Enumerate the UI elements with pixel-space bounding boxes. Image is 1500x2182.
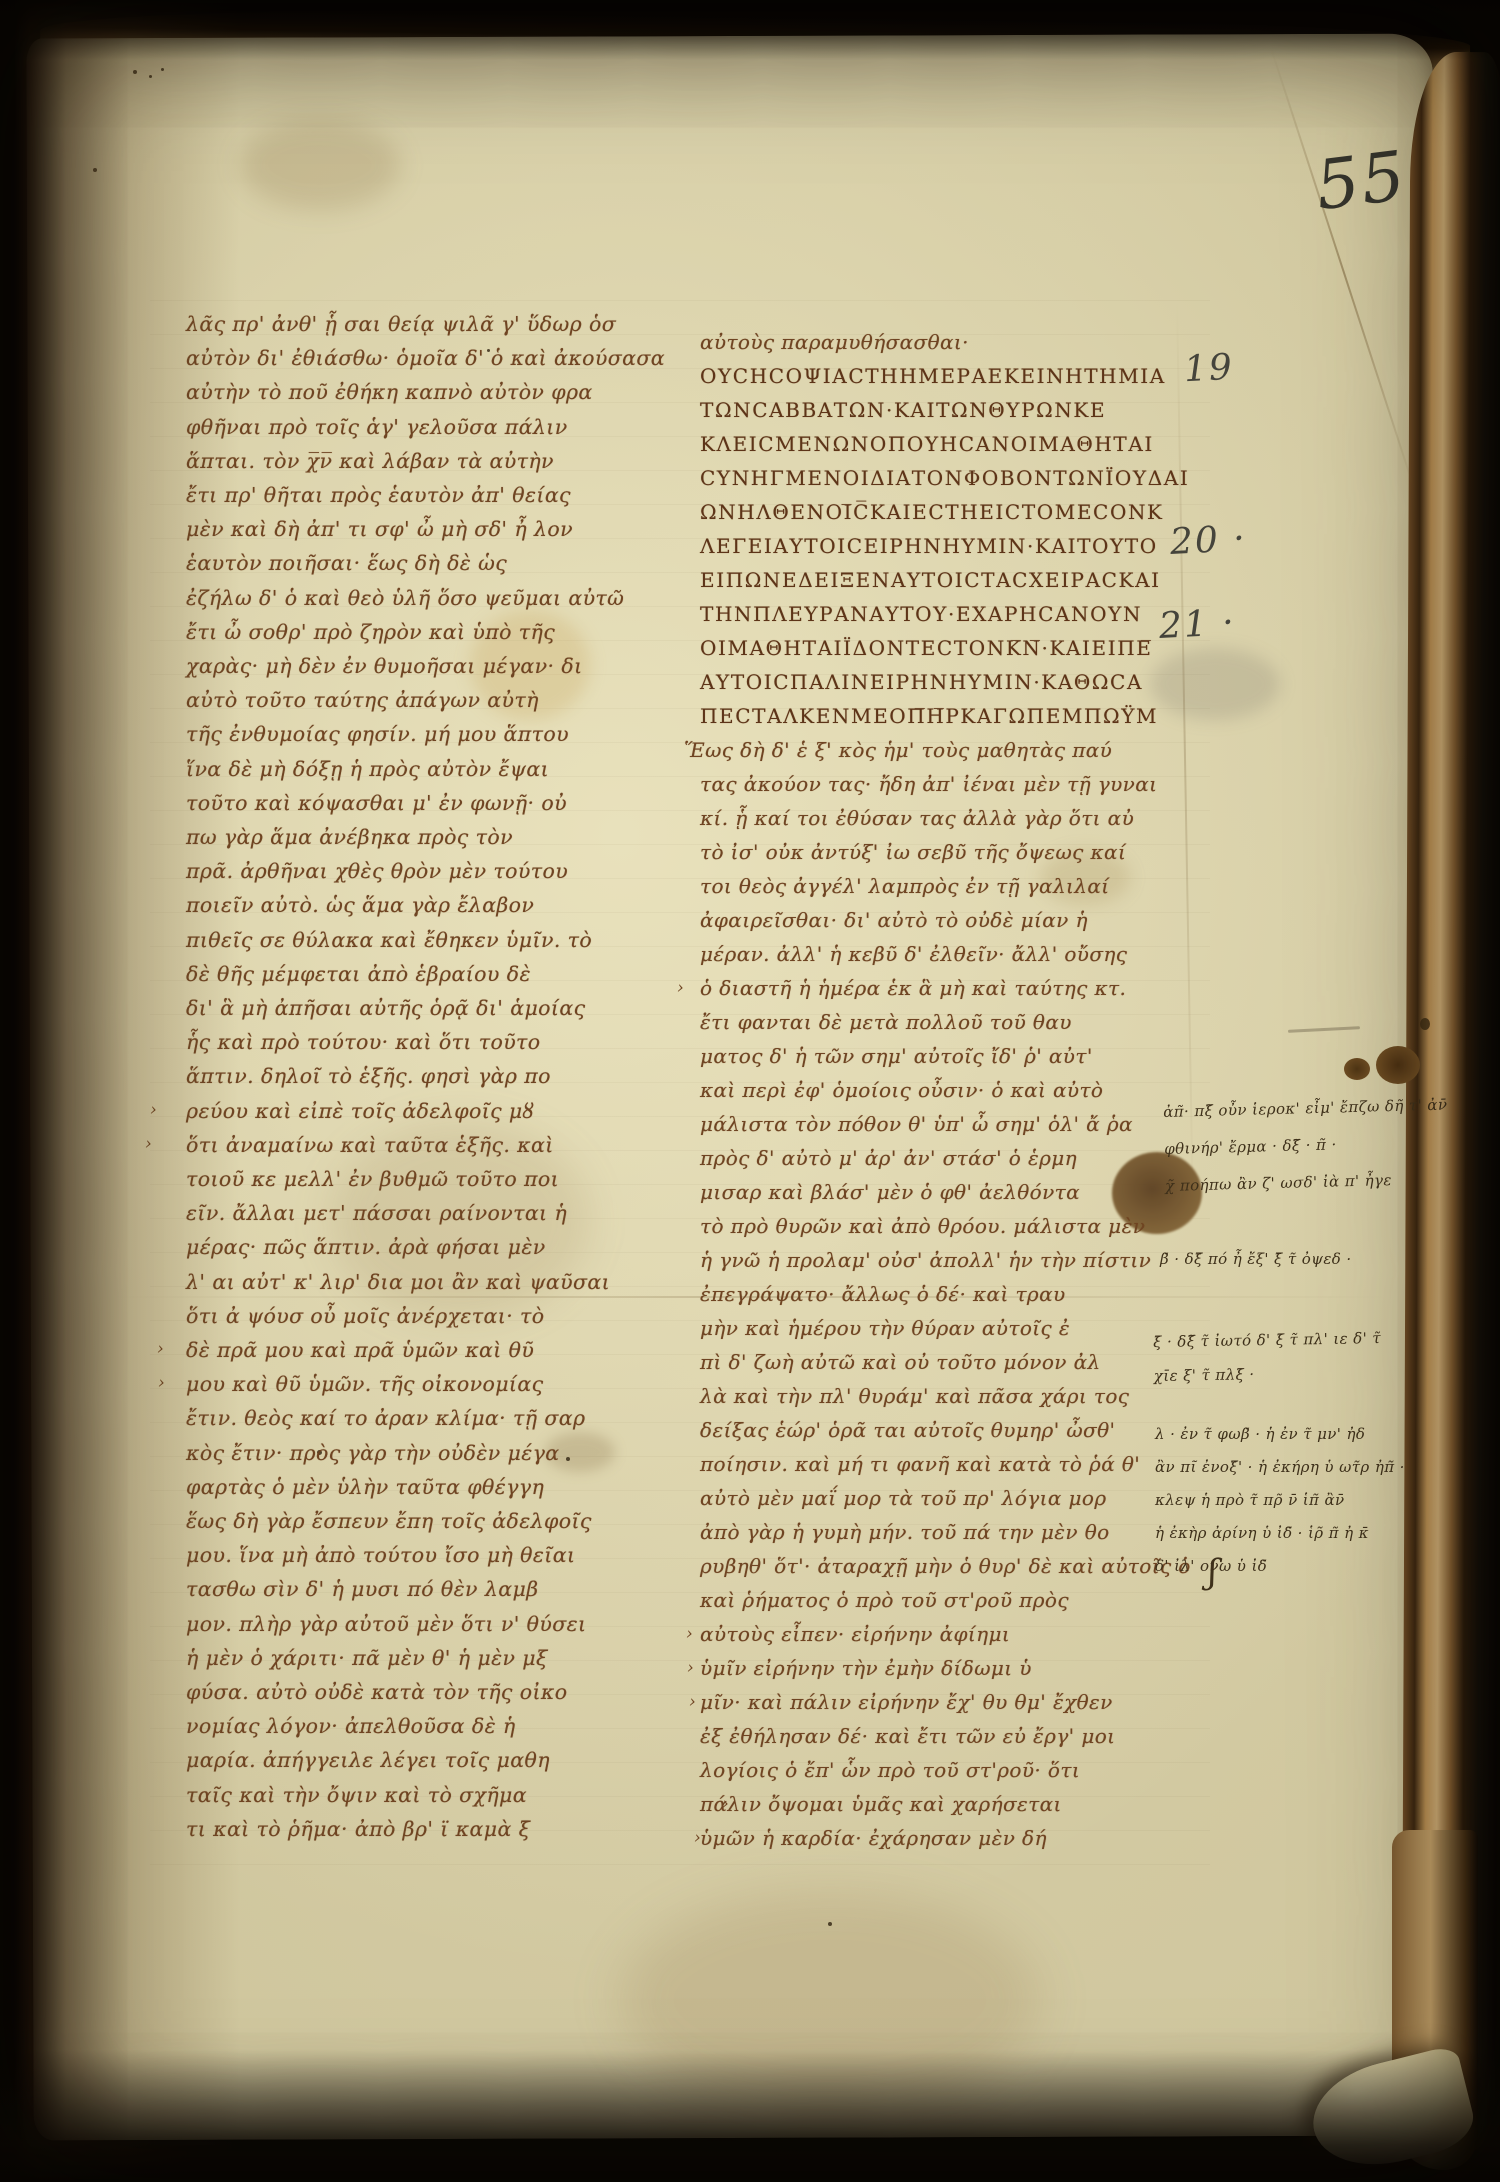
diple-mark: ›: [687, 1658, 694, 1678]
text-line: ἡ μὲν ὁ χάριτι· πᾶ μὲν θ' ἡ μὲν μξ: [186, 1646, 548, 1670]
text-line: ΟΙΜΑΘΗΤΑΙΪΔΟΝΤΕCΤΟΝΚ̅Ν̅·ΚΑΙΕΙΠΕ̅: [700, 636, 1152, 660]
text-line: ΩΝΗΛΘΕΝΟΙ̅C̅ΚΑΙΕCΤΗΕΙCΤΟΜΕCΟΝΚ: [700, 500, 1164, 524]
text-line: πὶ δ' ζωὴ αὐτῶ καὶ οὐ τοῦτο μόνον ἀλ: [700, 1350, 1101, 1374]
text-line: μον. πλὴρ γὰρ αὐτοῦ μὲν ὅτι ν' θύσει: [186, 1612, 587, 1636]
text-line: ἔτι πρ' θῆται πρὸς ἑαυτὸν ἀπ' θείας: [186, 483, 571, 507]
gutter-shadow: [0, 0, 240, 2182]
text-line: αὐτοὺς παραμυθήσασθαι·: [700, 330, 969, 354]
text-line: μὲν καὶ δὴ ἀπ' τι σφ' ὦ μὴ σδ' ἦ λον: [186, 517, 573, 541]
text-line: αὐτὸν δι' ἐθιάσθω· ὁμοῖα δ' ὁ καὶ ἀκούσα…: [186, 346, 665, 370]
text-line: ΤΗΝΠΛΕΥΡΑΝΑΥΤΟΥ·ΕΧΑΡΗCΑΝΟΥΝ: [700, 602, 1142, 626]
text-line: τοῦτο καὶ κόψασθαι μ' ἐν φωνῇ· οὐ: [186, 791, 567, 815]
top-shadow: [0, 0, 1500, 60]
text-line: λ' αι αὐτ' κ' λιρ' δια μοι ἂν καὶ ψαῦσαι: [186, 1270, 610, 1294]
text-line: ποίησιν. καὶ μή τι φανῆ καὶ κατὰ τὸ ῥά θ…: [700, 1452, 1140, 1476]
text-line: ὁ διαστῆ ἡ ἡμέρα ἑκ ἃ μὴ καὶ ταύτης κτ.: [700, 976, 1126, 1000]
text-line: μισαρ καὶ βλάσ' μὲν ὁ φθ' ἀελθόντα: [700, 1180, 1080, 1204]
text-line: φύσα. αὐτὸ οὐδὲ κατὰ τὸν τῆς οἰκο: [186, 1680, 568, 1704]
text-line: ΟΥCΗCΟΨΙΑCΤΗΗΜΕΡΑΕΚΕΙΝΗΤΗΜΙΑ: [700, 364, 1166, 388]
text-line: αὐτοὺς εἶπεν· εἰρήνην ἀφίημι: [700, 1622, 1010, 1646]
text-line: τας ἀκούον τας· ἤδη ἀπ' ἰέναι μὲν τῇ γυν…: [700, 772, 1157, 796]
manuscript-photo: 55 λᾶς πρ' ἀνθ' ᾗ σαι θείᾳ ψιλᾶ γ' ὕδωρ …: [0, 0, 1500, 2182]
diple-mark: ›: [677, 978, 684, 998]
text-line: φθῆναι πρὸ τοῖς ἁγ' γελοῦσα πάλιν: [186, 415, 568, 439]
text-line: ΠΕCΤΑΛΚΕΝΜΕΟΠ̅Η̅ΡΚΑΓΩΠΕΜΠΩΫΜ: [700, 704, 1158, 728]
text-line: τὸ ἰσ' οὐκ ἀντύξ' ἰω σεβῦ τῆς ὄψεως καί: [700, 840, 1126, 864]
text-line: ἐζήλω δ' ὁ καὶ θεὸ ὑλῆ ὅσο ψεῦμαι αὐτῶ: [186, 586, 624, 610]
text-line: μὴν καὶ ἡμέρου τὴν θύραν αὐτοῖς ἐ: [700, 1316, 1070, 1340]
text-line: πάλιν ὄψομαι ὑμᾶς καὶ χαρήσεται: [700, 1792, 1062, 1816]
text-line: χαρὰς· μὴ δὲν ἐν θυμοῆσαι μέγαν· δι: [186, 654, 583, 678]
note-line: ἡ ἐκὴρ ἀρίνη ὑ ἰδ̃ · ἱρ̃ π̃ ἠ κ̄: [1155, 1524, 1369, 1542]
ink-spot: [1376, 1046, 1420, 1084]
text-line: δι' ἃ μὴ ἀπῆσαι αὐτῆς ὁρᾷ δι' ἁμοίας: [186, 996, 586, 1020]
text-line: ὑμῶν ἡ καρδία· ἐχάρησαν μὲν δή: [700, 1826, 1047, 1850]
note-line: ἂν πῖ ἐνοξ̃' · ἡ ἐκήρη ὑ ωτ̃ρ ἠπ̃ ·: [1155, 1458, 1405, 1476]
note-line: β̃ · δξ̃ πό ἦ ἔξ' ξ̄ τ̃ ὀψεδ ·: [1160, 1250, 1352, 1268]
text-line: ἵνα δὲ μὴ δόξῃ ἡ πρὸς αὐτὸν ἔψαι: [186, 757, 549, 781]
text-line: μαρία. ἀπήγγειλε λέγει τοῖς μαθη: [186, 1748, 550, 1772]
text-line: αὐτὸ μὲν μαΐ μορ τὰ τοῦ πρ' λόγια μορ: [700, 1486, 1107, 1510]
text-line: ὅτι ἀναμαίνω καὶ ταῦτα ἑξῆς. καὶ: [186, 1133, 554, 1157]
text-line: ἐξ ἐθήλησαν δέ· καὶ ἔτι τῶν εὐ ἔργ' μοι: [700, 1724, 1115, 1748]
text-line: πρᾶ. ἀρθῆναι χθὲς θρὸν μὲν τούτου: [186, 859, 568, 883]
bottom-shadow: [0, 2050, 1500, 2182]
text-line: μου. ἵνα μὴ ἀπὸ τούτου ἴσο μὴ θεῖαι: [186, 1543, 575, 1567]
verse-number: 21 ·: [1158, 602, 1237, 647]
text-line: δείξας ἑώρ' ὁρᾶ ται αὐτοῖς θυμηρ' ὦσθ': [700, 1418, 1115, 1442]
text-line: μέραν. ἀλλ' ἡ κεβῦ δ' ἐλθεῖν· ἄλλ' οὔσης: [700, 942, 1127, 966]
text-line: ἐπεγράψατο· ἄλλως ὁ δέ· καὶ τραυ: [700, 1282, 1066, 1306]
note-line: χῑε ξ' τ̃ πλξ̄ ·: [1154, 1365, 1255, 1385]
folio-number: 55: [1312, 137, 1411, 226]
text-line: ἀπὸ γὰρ ἡ γυμὴ μήν. τοῦ πά την μὲν θο: [700, 1520, 1110, 1544]
ink-spot: [1344, 1058, 1370, 1080]
ink-fleck: [1420, 1018, 1430, 1030]
text-line: κί. ᾗ καί τοι ἐθύσαν τας ἀλλὰ γὰρ ὅτι αὐ: [700, 806, 1134, 830]
text-line: τοιοῦ κε μελλ' ἐν βυθμῶ τοῦτο ποι: [186, 1167, 559, 1191]
text-line: ἔτιν. θεὸς καί το ἀραν κλίμα· τῇ σαρ: [186, 1406, 585, 1430]
text-line: κὸς ἔτιν· πρὸς γὰρ τὴν οὐδὲν μέγα: [186, 1441, 560, 1465]
text-line: ΛΕΓΕΙΑΥΤΟΙCΕΙΡΗΝΗΥΜΙΝ·ΚΑΙΤΟΥΤΟ: [700, 534, 1158, 558]
text-line: λὰ καὶ τὴν πλ' θυράμ' καὶ πᾶσα χάρι τος: [700, 1384, 1129, 1408]
speck: [566, 1457, 570, 1461]
text-line: ματος δ' ἡ τῶν σημ' αὐτοῖς ἴδ' ῥ' αὐτ': [700, 1044, 1093, 1068]
text-line: καὶ περὶ ἐφ' ὁμοίοις οὖσιν· ὁ καὶ αὐτὸ: [700, 1078, 1103, 1102]
text-line: μῖν· καὶ πάλιν εἰρήνην ἔχ' θυ θμ' ἔχθεν: [700, 1690, 1113, 1714]
text-line: CΥΝΗΓΜΕΝΟΙΔΙΑΤΟΝΦΟΒΟΝΤΩΝΪΟΥΔΑΙ: [700, 466, 1189, 490]
text-line: ἕως δὴ γὰρ ἔσπευν ἔπη τοῖς ἀδελφοῖς: [186, 1509, 592, 1533]
text-line: ΚΛΕΙCΜΕΝΩΝΟΠΟΥΗCΑΝΟΙΜΑΘΗΤΑΙ: [700, 432, 1154, 456]
text-line: ἀφαιρεῖσθαι· δι' αὐτὸ τὸ οὐδὲ μίαν ἡ: [700, 908, 1088, 932]
text-line: ΕΙΠΩΝΕΔΕΙΞΕΝΑΥΤΟΙCΤΑCΧΕΙΡΑCΚΑΙ: [700, 568, 1161, 592]
marginal-stroke-mark: ʃ: [1208, 1552, 1217, 1592]
text-line: αὐτὴν τὸ ποῦ ἐθήκη καπνὸ αὐτὸν φρα: [186, 380, 593, 404]
speck: [828, 1922, 832, 1926]
text-line: πρὸς δ' αὐτὸ μ' ἀρ' ἀν' στάσ' ὁ ἑρμη: [700, 1146, 1077, 1170]
text-line: τῆς ἐνθυμοίας φησίν. μή μου ἅπτου: [186, 722, 569, 746]
text-line: λᾶς πρ' ἀνθ' ᾗ σαι θείᾳ ψιλᾶ γ' ὕδωρ ὁσ: [186, 312, 616, 336]
verse-number: 19: [1183, 347, 1235, 391]
note-line: λ · ἐν τ̃ φωβ̃ · ἡ ἐν τ̃ μν' ἠδ: [1155, 1425, 1365, 1443]
verse-number: 20 ·: [1169, 518, 1248, 563]
text-line: ὑμῖν εἰρήνην τὴν ἐμὴν δίδωμι ὑ: [700, 1656, 1032, 1680]
text-line: ἅπτιν. δηλοῖ τὸ ἑξῆς. φησὶ γὰρ πο: [186, 1064, 551, 1088]
note-line: κλεψ ἡ πρὸ τ̃ πρ̃ ν̄ ἱπ̃ ἂν̄: [1155, 1491, 1345, 1509]
text-line: ἡ γνῶ ἡ προλαμ' οὐσ' ἀπολλ' ἡν τὴν πίστι…: [700, 1248, 1151, 1272]
diple-mark: ›: [686, 1624, 693, 1644]
diple-mark: ›: [722, 1794, 729, 1814]
text-line: ἔτι φανται δὲ μετὰ πολλοῦ τοῦ θαυ: [700, 1010, 1072, 1034]
text-line: ΑΥΤΟΙCΠΑΛΙΝΕΙΡΗΝΗΥΜΙΝ·ΚΑΘΩCΑ: [700, 670, 1143, 694]
diple-mark: ›: [689, 1692, 696, 1712]
text-line: Ἕως δὴ δ' ἑ ξ' κὸς ἡμ' τοὺς μαθητὰς παύ: [684, 738, 1112, 762]
text-line: μάλιστα τὸν πόθον θ' ὑπ' ὦ σημ' ὁλ' ἄ ῥα: [700, 1112, 1133, 1136]
text-line: τοι θεὸς ἀγγέλ' λαμπρὸς ἐν τῇ γαλιλαί: [700, 874, 1110, 898]
text-line: ρυβηθ' ὅτ'· ἀταραχῇ μὴν ὁ θυρ' δὲ καὶ αὐ…: [700, 1554, 1191, 1578]
text-line: ΤΩΝCΑΒΒΑΤΩΝ·ΚΑΙΤΩΝΘΥΡΩΝΚΕ: [700, 398, 1106, 422]
text-line: ἅπται. τὸν χ̅ν̅ καὶ λάβαν τὰ αὐτὴν: [186, 449, 554, 473]
text-line: καὶ ῥήματος ὁ πρὸ τοῦ στ'ροῦ πρὸς: [700, 1588, 1069, 1612]
text-line: λογίοις ὁ ἔπ' ὧν πρὸ τοῦ στ'ροῦ· ὅτι: [700, 1758, 1080, 1782]
text-line: εῖν. ἄλλαι μετ' πάσσαι ραίνονται ἡ: [186, 1201, 567, 1225]
diple-mark: ›: [694, 1828, 701, 1848]
text-line: τὸ πρὸ θυρῶν καὶ ἀπὸ θρόου. μάλιστα μὲν: [700, 1214, 1145, 1238]
text-line: πιθεῖς σε θύλακα καὶ ἔθηκεν ὑμῖν. τὸ: [186, 928, 592, 952]
text-line: ἔτι ὦ σοθρ' πρὸ ζηρὸν καὶ ὑπὸ τῆς: [186, 620, 555, 644]
